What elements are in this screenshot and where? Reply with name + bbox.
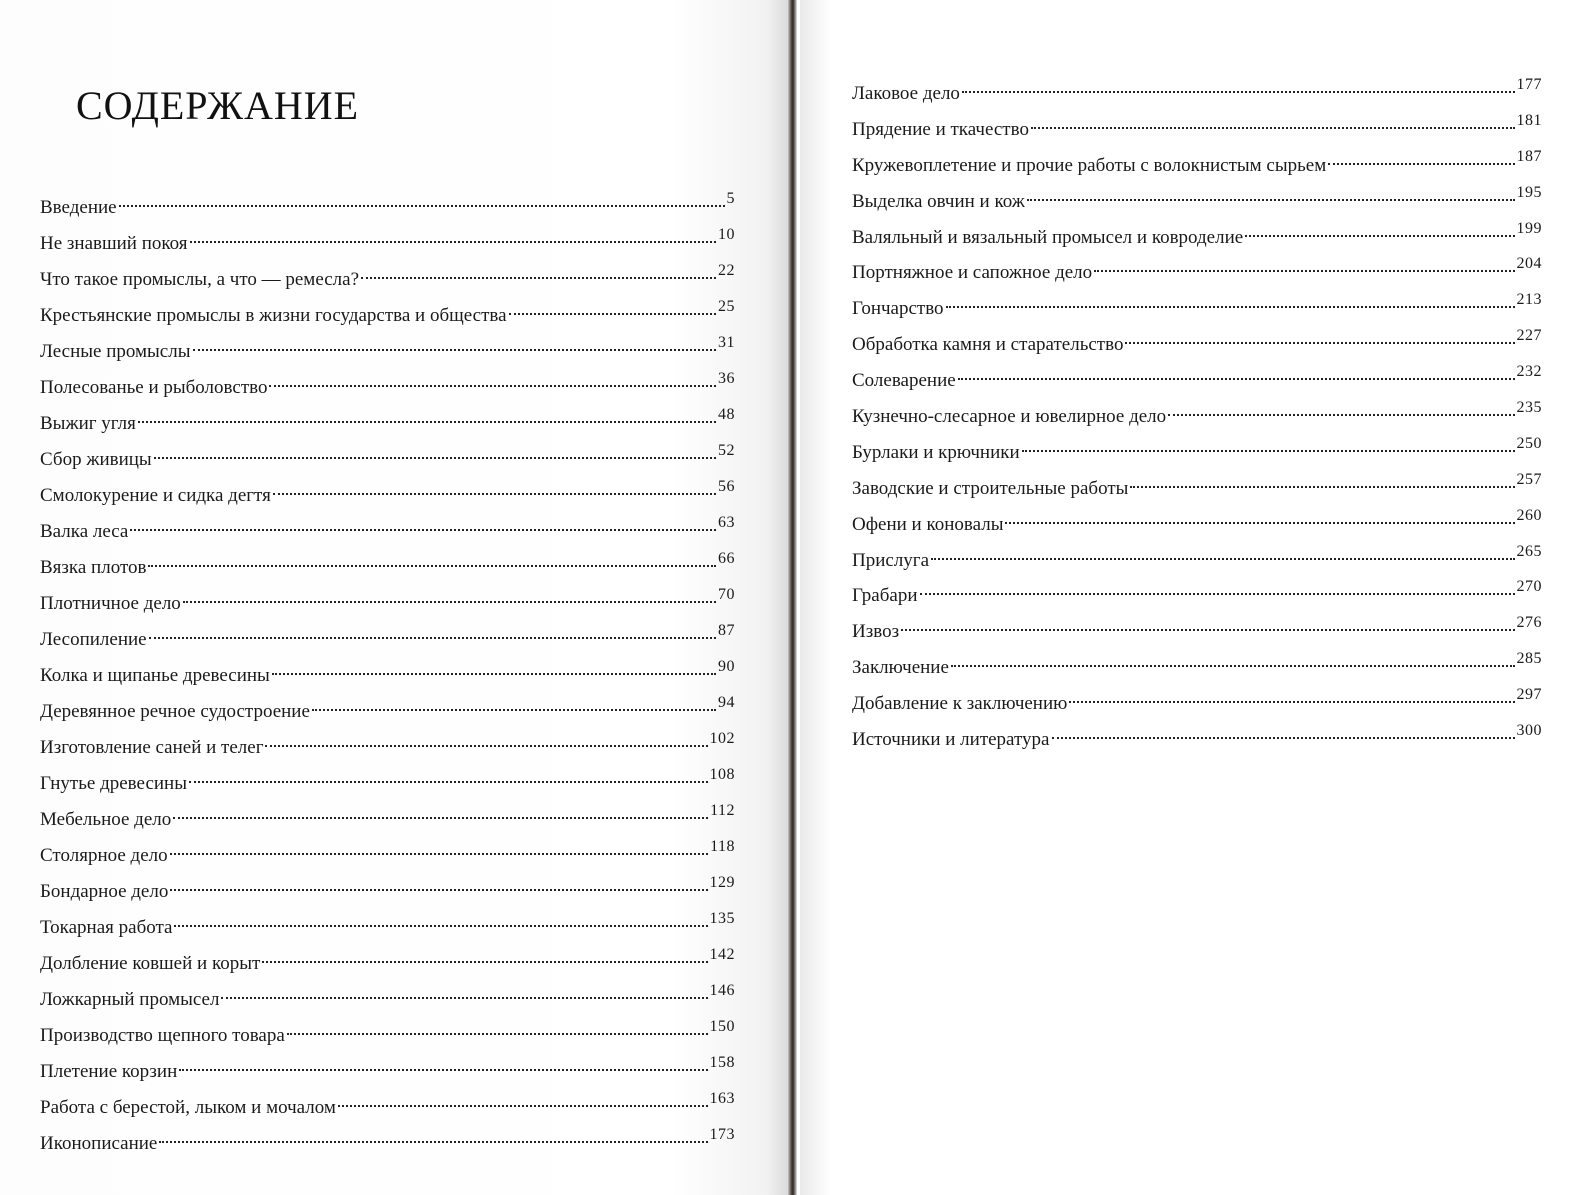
toc-entry-label: Извоз bbox=[852, 614, 899, 650]
dot-leader bbox=[170, 853, 708, 855]
toc-entry[interactable]: Столярное дело 118 bbox=[40, 838, 735, 874]
left-page: СОДЕРЖАНИЕ Введение 5 Не знавший покоя 1… bbox=[0, 0, 790, 1195]
toc-entry[interactable]: Не знавший покоя 10 bbox=[40, 226, 735, 262]
toc-entry-label: Выделка овчин и кож bbox=[852, 184, 1025, 220]
toc-entry[interactable]: Лаковое дело 177 bbox=[852, 76, 1542, 112]
toc-entry-page-number: 250 bbox=[1517, 426, 1543, 462]
dot-leader bbox=[262, 961, 707, 963]
dot-leader bbox=[149, 637, 716, 639]
dot-leader bbox=[1069, 701, 1514, 703]
toc-entry[interactable]: Полесованье и рыболовство 36 bbox=[40, 370, 735, 406]
toc-entry[interactable]: Мебельное дело 112 bbox=[40, 802, 735, 838]
toc-entry[interactable]: Иконописание 173 bbox=[40, 1126, 735, 1162]
toc-entry[interactable]: Кузнечно-слесарное и ювелирное дело 235 bbox=[852, 399, 1542, 435]
toc-entry[interactable]: Производство щепного товара 150 bbox=[40, 1018, 735, 1054]
dot-leader bbox=[269, 385, 716, 387]
dot-leader bbox=[1125, 342, 1514, 344]
toc-entry-label: Добавление к заключению bbox=[852, 686, 1067, 722]
dot-leader bbox=[154, 457, 716, 459]
toc-entry-page-number: 177 bbox=[1517, 67, 1543, 103]
toc-entry[interactable]: Колка и щипанье древесины 90 bbox=[40, 658, 735, 694]
toc-entry-page-number: 31 bbox=[718, 325, 735, 361]
toc-list-right: Лаковое дело 177 Прядение и ткачество 18… bbox=[852, 76, 1542, 758]
toc-entry-label: Источники и литература bbox=[852, 722, 1050, 758]
toc-entry-label: Введение bbox=[40, 190, 117, 226]
dot-leader bbox=[931, 558, 1514, 560]
dot-leader bbox=[946, 306, 1515, 308]
dot-leader bbox=[159, 1141, 707, 1143]
toc-entry-page-number: 146 bbox=[710, 973, 736, 1009]
toc-entry-label: Грабари bbox=[852, 578, 918, 614]
dot-leader bbox=[951, 665, 1515, 667]
toc-entry-page-number: 163 bbox=[710, 1081, 736, 1117]
toc-entry[interactable]: Прядение и ткачество 181 bbox=[852, 112, 1542, 148]
toc-entry[interactable]: Лесопиление 87 bbox=[40, 622, 735, 658]
toc-entry[interactable]: Крестьянские промыслы в жизни государств… bbox=[40, 298, 735, 334]
toc-entry[interactable]: Лесные промыслы 31 bbox=[40, 334, 735, 370]
toc-entry-label: Что такое промыслы, а что — ремесла? bbox=[40, 262, 359, 298]
toc-entry-page-number: 150 bbox=[710, 1009, 736, 1045]
toc-entry-page-number: 257 bbox=[1517, 462, 1543, 498]
toc-entry[interactable]: Гончарство 213 bbox=[852, 291, 1542, 327]
toc-entry-label: Долбление ковшей и корыт bbox=[40, 946, 260, 982]
toc-entry[interactable]: Прислуга 265 bbox=[852, 543, 1542, 579]
toc-entry-label: Портняжное и сапожное дело bbox=[852, 255, 1092, 291]
dot-leader bbox=[170, 889, 707, 891]
toc-entry[interactable]: Вязка плотов 66 bbox=[40, 550, 735, 586]
toc-entry[interactable]: Кружевоплетение и прочие работы с волокн… bbox=[852, 148, 1542, 184]
toc-entry-page-number: 142 bbox=[710, 937, 736, 973]
toc-entry-page-number: 235 bbox=[1517, 390, 1543, 426]
toc-entry-label: Деревянное речное судостроение bbox=[40, 694, 310, 730]
dot-leader bbox=[1031, 127, 1515, 129]
toc-entry-page-number: 300 bbox=[1517, 713, 1543, 749]
dot-leader bbox=[179, 1069, 707, 1071]
toc-entry-page-number: 112 bbox=[710, 793, 735, 829]
dot-leader bbox=[1094, 270, 1514, 272]
toc-entry-page-number: 260 bbox=[1517, 498, 1543, 534]
toc-entry-label: Вязка плотов bbox=[40, 550, 146, 586]
toc-entry-label: Столярное дело bbox=[40, 838, 168, 874]
toc-entry-label: Колка и щипанье древесины bbox=[40, 658, 270, 694]
toc-entry[interactable]: Работа с берестой, лыком и мочалом 163 bbox=[40, 1090, 735, 1126]
toc-entry-label: Валка леса bbox=[40, 514, 128, 550]
book-spread: СОДЕРЖАНИЕ Введение 5 Не знавший покоя 1… bbox=[0, 0, 1569, 1195]
toc-entry[interactable]: Сбор живицы 52 bbox=[40, 442, 735, 478]
dot-leader bbox=[174, 925, 707, 927]
toc-entry-page-number: 22 bbox=[718, 253, 735, 289]
toc-entry[interactable]: Выделка овчин и кож 195 bbox=[852, 184, 1542, 220]
toc-entry-page-number: 102 bbox=[710, 721, 736, 757]
dot-leader bbox=[190, 241, 716, 243]
toc-title: СОДЕРЖАНИЕ bbox=[76, 82, 359, 129]
toc-entry[interactable]: Валка леса 63 bbox=[40, 514, 735, 550]
toc-entry[interactable]: Ложкарный промысел 146 bbox=[40, 982, 735, 1018]
toc-entry[interactable]: Добавление к заключению 297 bbox=[852, 686, 1542, 722]
toc-entry[interactable]: Источники и литература 300 bbox=[852, 722, 1542, 758]
dot-leader bbox=[1022, 450, 1515, 452]
dot-leader bbox=[265, 745, 707, 747]
toc-entry-page-number: 232 bbox=[1517, 354, 1543, 390]
toc-entry-label: Офени и коновалы bbox=[852, 507, 1003, 543]
toc-entry-page-number: 204 bbox=[1517, 246, 1543, 282]
toc-entry[interactable]: Солеварение 232 bbox=[852, 363, 1542, 399]
toc-entry-page-number: 56 bbox=[718, 469, 735, 505]
toc-entry[interactable]: Долбление ковшей и корыт 142 bbox=[40, 946, 735, 982]
dot-leader bbox=[361, 277, 716, 279]
dot-leader bbox=[901, 629, 1514, 631]
toc-entry[interactable]: Офени и коновалы 260 bbox=[852, 507, 1542, 543]
toc-entry-page-number: 66 bbox=[718, 541, 735, 577]
toc-entry-label: Лаковое дело bbox=[852, 76, 960, 112]
toc-entry-label: Лесные промыслы bbox=[40, 334, 191, 370]
toc-entry-label: Изготовление саней и телег bbox=[40, 730, 263, 766]
toc-entry-page-number: 265 bbox=[1517, 534, 1543, 570]
toc-entry[interactable]: Плетение корзин 158 bbox=[40, 1054, 735, 1090]
dot-leader bbox=[173, 817, 708, 819]
toc-list-left: Введение 5 Не знавший покоя 10 Что такое… bbox=[40, 190, 735, 1162]
dot-leader bbox=[1052, 737, 1515, 739]
toc-entry-label: Мебельное дело bbox=[40, 802, 171, 838]
toc-entry-page-number: 173 bbox=[710, 1117, 736, 1153]
toc-entry-label: Иконописание bbox=[40, 1126, 157, 1162]
toc-entry-label: Гнутье древесины bbox=[40, 766, 187, 802]
toc-entry[interactable]: Портняжное и сапожное дело 204 bbox=[852, 255, 1542, 291]
toc-entry[interactable]: Что такое промыслы, а что — ремесла? 22 bbox=[40, 262, 735, 298]
toc-entry[interactable]: Плотничное дело 70 bbox=[40, 586, 735, 622]
toc-entry[interactable]: Смолокурение и сидка дегтя 56 bbox=[40, 478, 735, 514]
toc-entry-label: Обработка камня и старательство bbox=[852, 327, 1123, 363]
toc-entry-page-number: 48 bbox=[718, 397, 735, 433]
toc-entry-page-number: 187 bbox=[1517, 139, 1543, 175]
dot-leader bbox=[189, 781, 708, 783]
toc-entry-page-number: 135 bbox=[710, 901, 736, 937]
toc-entry[interactable]: Заключение 285 bbox=[852, 650, 1542, 686]
dot-leader bbox=[130, 529, 716, 531]
toc-entry-label: Бурлаки и крючники bbox=[852, 435, 1020, 471]
toc-entry[interactable]: Гнутье древесины 108 bbox=[40, 766, 735, 802]
toc-entry-label: Заключение bbox=[852, 650, 949, 686]
toc-entry[interactable]: Заводские и строительные работы 257 bbox=[852, 471, 1542, 507]
toc-entry-label: Полесованье и рыболовство bbox=[40, 370, 267, 406]
toc-entry-label: Плетение корзин bbox=[40, 1054, 177, 1090]
toc-entry-label: Выжиг угля bbox=[40, 406, 136, 442]
toc-entry-label: Валяльный и вязальный промысел и ковроде… bbox=[852, 220, 1243, 256]
toc-entry[interactable]: Токарная работа 135 bbox=[40, 910, 735, 946]
toc-entry-page-number: 129 bbox=[710, 865, 736, 901]
toc-entry[interactable]: Бондарное дело 129 bbox=[40, 874, 735, 910]
dot-leader bbox=[920, 593, 1515, 595]
dot-leader bbox=[509, 313, 716, 315]
toc-entry[interactable]: Извоз 276 bbox=[852, 614, 1542, 650]
dot-leader bbox=[958, 378, 1515, 380]
toc-entry-page-number: 297 bbox=[1517, 677, 1543, 713]
toc-entry-label: Токарная работа bbox=[40, 910, 172, 946]
toc-entry-label: Заводские и строительные работы bbox=[852, 471, 1128, 507]
toc-entry-label: Кузнечно-слесарное и ювелирное дело bbox=[852, 399, 1166, 435]
toc-entry-label: Прядение и ткачество bbox=[852, 112, 1029, 148]
toc-entry-page-number: 70 bbox=[718, 577, 735, 613]
dot-leader bbox=[272, 673, 716, 675]
toc-entry-page-number: 118 bbox=[710, 829, 735, 865]
toc-entry[interactable]: Обработка камня и старательство 227 bbox=[852, 327, 1542, 363]
toc-entry-page-number: 63 bbox=[718, 505, 735, 541]
toc-entry-label: Солеварение bbox=[852, 363, 956, 399]
dot-leader bbox=[193, 349, 717, 351]
toc-entry-page-number: 181 bbox=[1517, 103, 1543, 139]
toc-entry-page-number: 25 bbox=[718, 289, 735, 325]
toc-entry-label: Прислуга bbox=[852, 543, 929, 579]
toc-entry-page-number: 213 bbox=[1517, 282, 1543, 318]
toc-entry-page-number: 52 bbox=[718, 433, 735, 469]
toc-entry-label: Сбор живицы bbox=[40, 442, 152, 478]
dot-leader bbox=[962, 91, 1515, 93]
toc-entry-page-number: 5 bbox=[727, 181, 736, 217]
dot-leader bbox=[1130, 486, 1514, 488]
toc-entry-page-number: 94 bbox=[718, 685, 735, 721]
book-spine bbox=[788, 0, 797, 1195]
toc-entry-label: Лесопиление bbox=[40, 622, 147, 658]
dot-leader bbox=[1245, 235, 1514, 237]
dot-leader bbox=[287, 1033, 708, 1035]
dot-leader bbox=[338, 1105, 708, 1107]
dot-leader bbox=[1027, 199, 1515, 201]
dot-leader bbox=[312, 709, 716, 711]
toc-entry-label: Гончарство bbox=[852, 291, 944, 327]
toc-entry[interactable]: Изготовление саней и телег 102 bbox=[40, 730, 735, 766]
toc-entry-page-number: 90 bbox=[718, 649, 735, 685]
toc-entry-label: Работа с берестой, лыком и мочалом bbox=[40, 1090, 336, 1126]
toc-entry[interactable]: Бурлаки и крючники 250 bbox=[852, 435, 1542, 471]
toc-entry-page-number: 270 bbox=[1517, 569, 1543, 605]
dot-leader bbox=[183, 601, 716, 603]
toc-entry-label: Смолокурение и сидка дегтя bbox=[40, 478, 271, 514]
toc-entry[interactable]: Введение 5 bbox=[40, 190, 735, 226]
toc-entry[interactable]: Выжиг угля 48 bbox=[40, 406, 735, 442]
toc-entry-label: Бондарное дело bbox=[40, 874, 168, 910]
toc-entry-page-number: 285 bbox=[1517, 641, 1543, 677]
dot-leader bbox=[273, 493, 716, 495]
toc-entry-label: Ложкарный промысел bbox=[40, 982, 219, 1018]
toc-entry-label: Кружевоплетение и прочие работы с волокн… bbox=[852, 148, 1326, 184]
dot-leader bbox=[138, 421, 716, 423]
toc-entry-page-number: 195 bbox=[1517, 175, 1543, 211]
dot-leader bbox=[119, 205, 725, 207]
dot-leader bbox=[1168, 414, 1514, 416]
toc-entry-page-number: 108 bbox=[710, 757, 736, 793]
dot-leader bbox=[1328, 163, 1514, 165]
toc-entry-page-number: 87 bbox=[718, 613, 735, 649]
dot-leader bbox=[221, 997, 707, 999]
toc-entry-label: Не знавший покоя bbox=[40, 226, 188, 262]
toc-entry-page-number: 227 bbox=[1517, 318, 1543, 354]
toc-entry-label: Крестьянские промыслы в жизни государств… bbox=[40, 298, 507, 334]
toc-entry-page-number: 10 bbox=[718, 217, 735, 253]
toc-entry-page-number: 199 bbox=[1517, 211, 1543, 247]
toc-entry-label: Производство щепного товара bbox=[40, 1018, 285, 1054]
toc-entry-page-number: 158 bbox=[710, 1045, 736, 1081]
dot-leader bbox=[148, 565, 716, 567]
toc-entry-label: Плотничное дело bbox=[40, 586, 181, 622]
dot-leader bbox=[1005, 522, 1514, 524]
toc-entry[interactable]: Грабари 270 bbox=[852, 578, 1542, 614]
toc-entry[interactable]: Деревянное речное судостроение 94 bbox=[40, 694, 735, 730]
toc-entry[interactable]: Валяльный и вязальный промысел и ковроде… bbox=[852, 220, 1542, 256]
toc-entry-page-number: 276 bbox=[1517, 605, 1543, 641]
toc-entry-page-number: 36 bbox=[718, 361, 735, 397]
